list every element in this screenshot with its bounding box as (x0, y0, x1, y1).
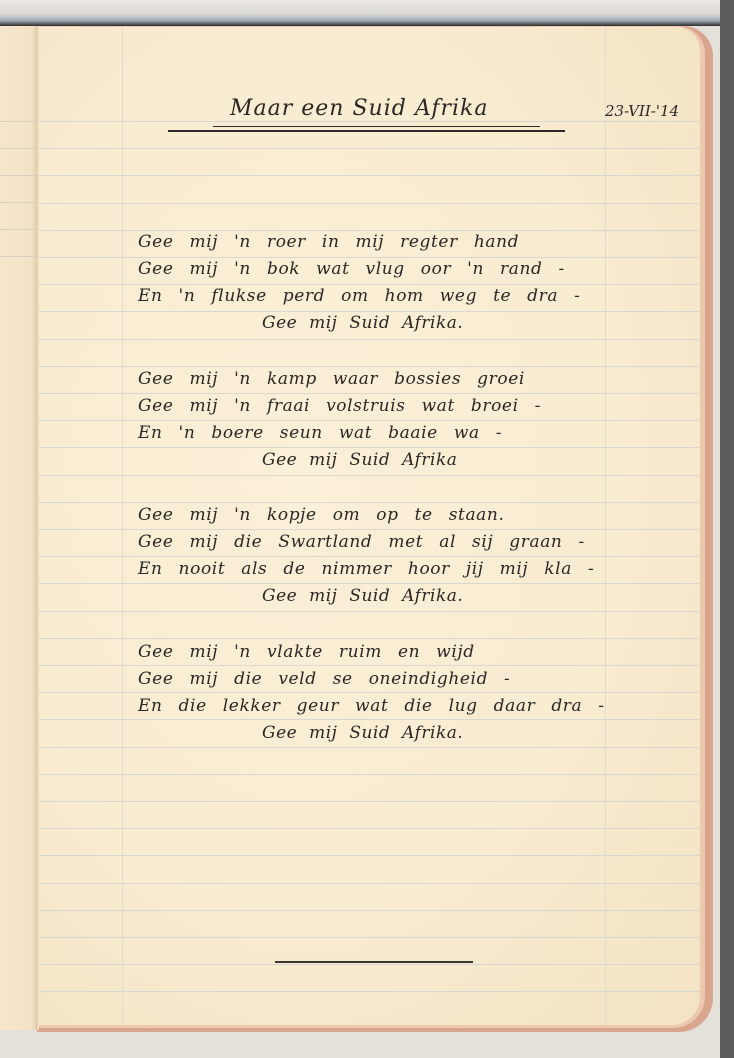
ruled-line (38, 502, 700, 503)
ruled-line (38, 747, 700, 748)
ruled-line (38, 611, 700, 612)
ruled-line (38, 719, 700, 720)
poem-line: Gee mij die veld se oneindigheid - (138, 669, 510, 689)
ruled-line (0, 229, 37, 230)
poem-line: En 'n boere seun wat baaie wa - (138, 423, 502, 443)
previous-page-edge (0, 26, 37, 1030)
poem-line: En 'n flukse perd om hom weg te dra - (138, 286, 580, 306)
poem-line: Gee mij die Swartland met al sij graan - (138, 532, 585, 552)
title-underline-upper (213, 126, 540, 127)
ruled-line (38, 475, 700, 476)
notebook-page (38, 27, 700, 1025)
ruled-line (0, 175, 37, 176)
ruled-line (38, 339, 700, 340)
ruled-line (38, 964, 700, 965)
ruled-line (38, 203, 700, 204)
poem-refrain: Gee mij Suid Afrika (262, 450, 457, 470)
ruled-line (38, 366, 700, 367)
scan-background-right (720, 0, 734, 1058)
ruled-line (38, 692, 700, 693)
left-margin-line (122, 27, 123, 1025)
ruled-line (38, 148, 700, 149)
ruled-line (38, 447, 700, 448)
ruled-line (38, 311, 700, 312)
ruled-line (38, 937, 700, 938)
ruled-line (38, 583, 700, 584)
binding-fold (36, 26, 39, 1030)
poem-line: En nooit als de nimmer hoor jij mij kla … (138, 559, 594, 579)
poem-refrain: Gee mij Suid Afrika. (262, 586, 463, 606)
poem-line: Gee mij 'n bok wat vlug oor 'n rand - (138, 259, 565, 279)
ruled-line (0, 148, 37, 149)
date-label: 23-VII-'14 (605, 102, 679, 120)
ruled-line (38, 420, 700, 421)
ruled-line (38, 638, 700, 639)
ruled-line (38, 855, 700, 856)
ruled-line (38, 665, 700, 666)
ruled-line (38, 774, 700, 775)
ruled-line (38, 556, 700, 557)
ruled-line (38, 121, 700, 122)
title-underline-lower (168, 130, 565, 132)
poem-line: Gee mij 'n roer in mij regter hand (138, 232, 519, 252)
ruled-line (38, 230, 700, 231)
ruled-line (38, 393, 700, 394)
ruled-line (38, 801, 700, 802)
ruled-line (38, 284, 700, 285)
ruled-line (0, 256, 37, 257)
poem-line: Gee mij 'n kamp waar bossies groei (138, 369, 525, 389)
scan-background-top (0, 0, 720, 26)
ruled-line (38, 257, 700, 258)
poem-refrain: Gee mij Suid Afrika. (262, 313, 463, 333)
poem-refrain: Gee mij Suid Afrika. (262, 723, 463, 743)
poem-line: En die lekker geur wat die lug daar dra … (138, 696, 605, 716)
ruled-line (38, 883, 700, 884)
poem-line: Gee mij 'n fraai volstruis wat broei - (138, 396, 541, 416)
ruled-line (38, 529, 700, 530)
ruled-line (38, 828, 700, 829)
poem-line: Gee mij 'n vlakte ruim en wijd (138, 642, 475, 662)
end-rule (275, 961, 473, 963)
ruled-line (38, 910, 700, 911)
page-title: Maar een Suid Afrika (230, 96, 488, 121)
right-margin-line (605, 27, 606, 1025)
poem-line: Gee mij 'n kopje om op te staan. (138, 505, 504, 525)
ruled-line (38, 175, 700, 176)
ruled-line (38, 991, 700, 992)
ruled-line (0, 202, 37, 203)
ruled-line (0, 121, 37, 122)
